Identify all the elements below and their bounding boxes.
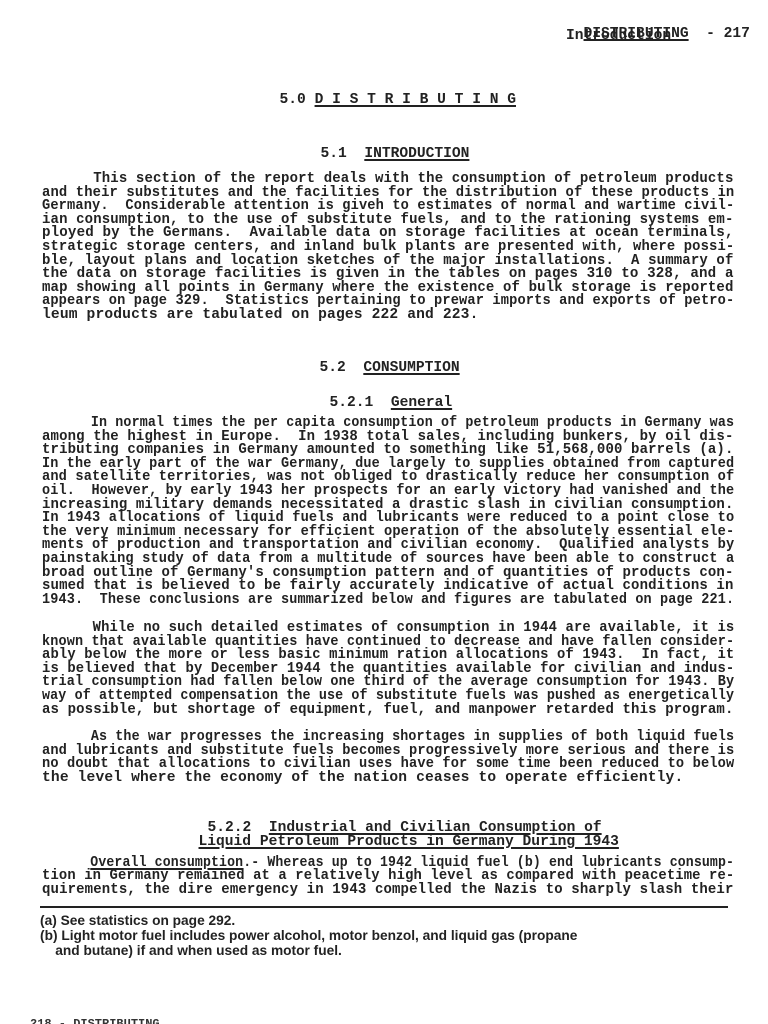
section-number: 5.2.1 <box>330 395 374 411</box>
document-title: 5.0 D I S T R I B U T I N G <box>262 76 516 108</box>
text-line: 1943. These conclusions are summarized b… <box>42 594 734 607</box>
section-heading-5-2: 5.2 CONSUMPTION <box>302 344 460 376</box>
next-page-header-partial: 218 - DISTRIBUTING <box>30 1017 160 1024</box>
title-number: 5.0 <box>280 92 306 108</box>
section-heading-5-2-1: 5.2.1 General <box>312 379 452 411</box>
running-header-subsection: Introduction <box>566 28 671 44</box>
section-title: INTRODUCTION <box>364 146 469 162</box>
section-title: CONSUMPTION <box>363 360 459 376</box>
section-number: 5.1 <box>321 146 347 162</box>
footnote-b-line-1: (b) Light motor fuel includes power alco… <box>40 927 577 943</box>
text-line: as possible, but shortage of equipment, … <box>42 704 734 717</box>
page-number: - 217 <box>706 26 750 42</box>
section-number: 5.2 <box>320 360 346 376</box>
text-line: the level where the economy of the natio… <box>42 772 683 785</box>
section-heading-5-1: 5.1 INTRODUCTION <box>303 130 469 162</box>
footnote-divider <box>40 906 728 908</box>
footnote-b-line-2: and butane) if and when used as motor fu… <box>40 942 342 958</box>
section-title: General <box>391 395 452 411</box>
section-heading-5-2-2-line-2: Liquid Petroleum Products in Germany Dur… <box>181 818 619 850</box>
text-line: leum products are tabulated on pages 222… <box>42 309 478 322</box>
section-title-line-2: Liquid Petroleum Products in Germany Dur… <box>199 834 619 850</box>
footnote-a: (a) See statistics on page 292. <box>40 912 235 928</box>
overall-consumption-line-3: quirements, the dire emergency in 1943 c… <box>42 884 734 897</box>
title-text: D I S T R I B U T I N G <box>315 92 516 108</box>
